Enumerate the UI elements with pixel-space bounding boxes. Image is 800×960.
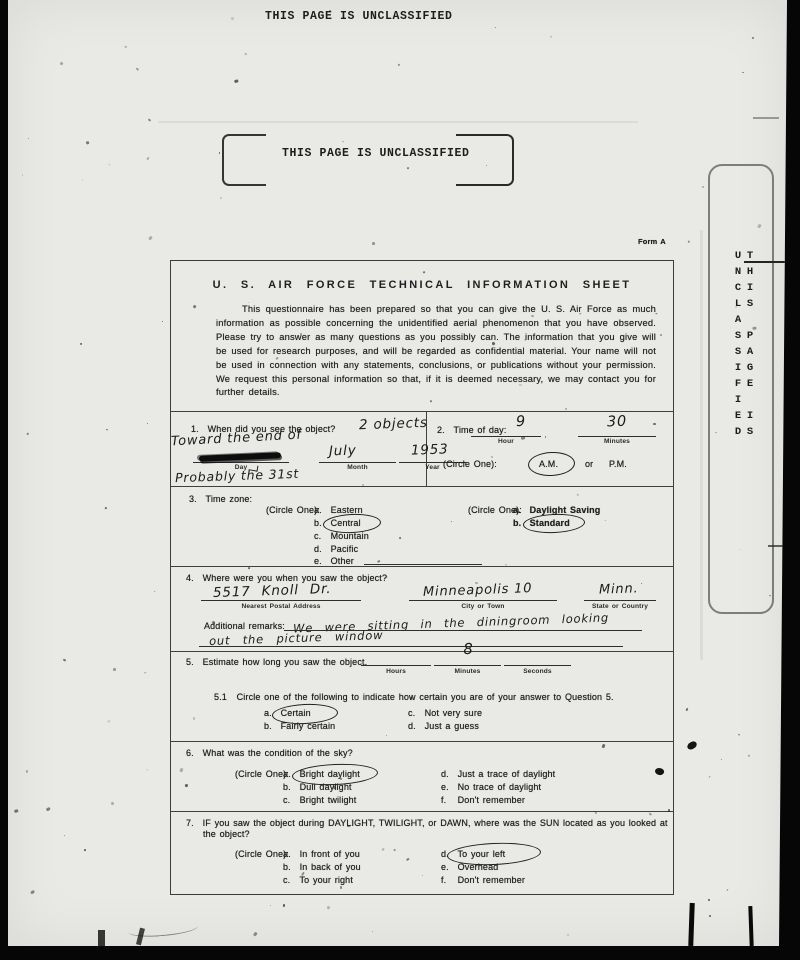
q7-circle-one: (Circle One): [235,849,289,859]
q5-1-option-fairly-certain: b. Fairly certain [264,721,335,731]
scan-speck [567,933,569,935]
q3-number: 3. [189,494,202,504]
scan-speck [734,306,736,308]
q7-label-line2: the object? [203,829,250,839]
q4-address-label: Nearest Postal Address [201,603,361,610]
scan-speck [80,342,82,344]
q2-pm-option: P.M. [609,459,627,469]
scan-speck [519,384,522,386]
q2-hour-label: Hour [471,438,541,445]
scan-speck [737,734,739,736]
scan-dash [744,261,788,263]
q6-option-dull-daylight: b. Dull daylight [283,782,352,792]
scan-speck [709,776,711,778]
q5-minutes-underline [434,665,501,666]
top-unclassified-stamp: THIS PAGE IS UNCLASSIFIED [265,10,453,23]
q2-or-text: or [585,459,593,469]
q4-state-value: Minn. [599,581,639,597]
scan-speck [148,235,152,240]
scan-speck [220,197,223,200]
q4-state-label: State or Country [584,603,656,610]
stamp-bracket-right-icon [456,134,514,186]
scan-speck [339,886,341,889]
scan-speck [147,118,150,121]
q4-city-underline [409,600,557,601]
scan-speck [709,915,712,918]
q4-address-value: 5517 Knoll Dr. [213,581,332,601]
q1-day-underline [193,462,289,463]
scan-speck [372,931,374,932]
question-1-2-section: 1. When did you see the object? 2 object… [171,411,673,487]
technical-information-sheet: U. S. AIR FORCE TECHNICAL INFORMATION SH… [170,260,674,895]
scan-speck [371,241,374,245]
q2-minutes-underline [578,436,656,437]
q6-option-no-trace: e. No trace of daylight [441,782,541,792]
q2-label: 2. Time of day: [437,425,506,435]
side-unclassified-stamp: THIS PAGE IS UNCLASSIFIED [732,250,756,610]
q6-option-dont-remember: f. Don't remember [441,795,525,805]
scan-speck [702,186,705,189]
q7-option-overhead: e. Overhead [441,862,498,872]
scan-speck [282,904,284,907]
form-a-label: Form A [638,237,666,246]
form-title: U. S. AIR FORCE TECHNICAL INFORMATION SH… [171,279,673,291]
q6-number: 6. [186,748,199,758]
q1-year-value: 1953 [411,441,449,458]
q5-seconds-label: Seconds [504,668,571,675]
q3-standard-circle-mark [523,513,586,535]
scan-speck [230,16,233,19]
scan-speck [106,428,108,430]
scan-speck [727,889,729,891]
q5-seconds-underline [504,665,571,666]
scan-speck [125,46,127,48]
scan-speck [398,63,401,66]
q5-1-label: 5.1 Circle one of the following to indic… [214,692,614,702]
scan-dash [753,117,779,119]
scan-speck [708,899,711,901]
q2-am-circle-mark [527,451,575,477]
scan-edge-mark [688,903,694,946]
q7-label-line1: 7. IF you saw the object during DAYLIGHT… [186,818,668,828]
form-intro-paragraph: This questionnaire has been prepared so … [216,303,656,400]
middle-unclassified-stamp-text: THIS PAGE IS UNCLASSIFIED [282,147,470,160]
scan-speck [105,507,107,509]
scan-speck [347,824,350,826]
scan-speck [162,321,163,322]
scan-speck [22,174,24,176]
scan-speck [113,668,116,671]
q1-answer-objects: 2 objects [359,415,428,433]
scan-speck [748,754,751,757]
scan-speck [270,905,271,906]
q4-state-underline [584,600,656,601]
scan-speck [30,890,35,895]
scan-speck [26,769,29,772]
q2-minutes-label: Minutes [578,438,656,445]
scan-speck [300,333,302,335]
scan-speck [234,79,239,83]
q3-option-pacific: d. Pacific [314,544,358,554]
question-3-section: 3. Time zone: (Circle One): a. Eastern b… [171,486,673,567]
q7-number: 7. [186,818,199,828]
scan-speck [27,433,29,435]
scan-speck [742,72,744,73]
q1-day-scribble [199,452,281,462]
scan-speck [577,493,579,495]
scan-speck [81,179,83,181]
q4-city-value: Minneapolis 10 [423,581,533,600]
scan-fold-line [700,230,703,660]
q6-label: 6. What was the condition of the sky? [186,748,353,758]
q3-label: 3. Time zone: [189,494,252,504]
scan-edge-mark [748,906,753,946]
scan-speck [486,164,488,166]
scan-speck [328,9,331,12]
q5-number: 5. [186,657,199,667]
scan-streak [158,121,638,123]
scan-speck [46,807,50,811]
scan-speck [475,581,478,583]
scan-dash [768,545,786,547]
middle-unclassified-stamp: THIS PAGE IS UNCLASSIFIED [222,134,514,186]
q1-answer-note: Probably the 31st [175,466,300,485]
q5-1-option-not-very-sure: c. Not very sure [408,708,482,718]
q5-minutes-value: 8 [441,639,497,659]
scan-speck [146,156,149,159]
question-7-section: 7. IF you saw the object during DAYLIGHT… [171,811,673,895]
scan-edge-mark [98,930,105,946]
scanned-page: THIS PAGE IS UNCLASSIFIED THIS PAGE IS U… [8,0,788,946]
q4-address-underline [201,600,361,601]
q4-remarks-label: Additional remarks: [204,621,285,631]
q5-minutes-label: Minutes [434,668,501,675]
scan-speck [184,784,187,787]
scan-speck [153,591,155,593]
q3-option-mountain: c. Mountain [314,531,369,541]
scan-speck [221,394,223,396]
q7-option-in-back: b. In back of you [283,862,361,872]
q5-hours-underline [361,665,431,666]
q5-1-option-just-a-guess: d. Just a guess [408,721,479,731]
scan-speck [332,785,336,789]
q3-circle-one-left: (Circle One): [266,505,320,515]
q2-hour-underline [471,436,541,437]
q4-city-label: City or Town [409,603,557,610]
q1-month-label: Month [319,464,396,471]
scan-speck [107,720,110,723]
scan-speck [245,52,247,54]
question-5-section: 5. Estimate how long you saw the object.… [171,651,673,742]
q2-minutes-value: 30 [596,413,639,430]
scan-speck [326,905,330,909]
scan-speck [656,313,658,314]
scan-speck [686,708,689,711]
scan-speck [108,163,110,165]
q7-option-to-right: c. To your right [283,875,353,885]
scan-speck [253,932,257,936]
q6-circle-one: (Circle One): [235,769,289,779]
scan-speck [85,140,89,144]
scan-speck [688,241,690,244]
question-6-section: 6. What was the condition of the sky? (C… [171,741,673,812]
scan-speck [135,67,138,70]
q2-circle-one: (Circle One): [443,459,497,469]
scan-speck [84,848,86,850]
scan-speck [146,423,148,425]
q5-label: 5. Estimate how long you saw the object. [186,657,367,667]
q4-remarks-underline2 [199,646,623,647]
form-header-section: U. S. AIR FORCE TECHNICAL INFORMATION SH… [171,261,673,411]
scan-speck [145,672,147,673]
scan-speck [495,26,496,27]
q3-other-underline [364,564,482,565]
q2-hour-value: 9 [501,413,542,430]
q5-hours-label: Hours [361,668,431,675]
scan-speck [721,758,722,759]
q2-number: 2. [437,425,450,435]
q6-option-bright-twilight: c. Bright twilight [283,795,356,805]
scan-speck [64,835,65,836]
q6-option-trace-daylight: d. Just a trace of daylight [441,769,555,779]
scan-speck [146,770,148,771]
scan-speck [218,151,220,153]
q4-number: 4. [186,573,199,583]
scan-speck [752,37,754,39]
scan-speck [59,62,63,66]
scan-speck [111,802,114,805]
stamp-bracket-left-icon [222,134,266,186]
scan-speck [14,809,18,813]
q1-month-value: July [329,443,357,460]
scan-speck [63,658,66,661]
q7-option-in-front: a. In front of you [283,849,360,859]
q5-1-number: 5.1 [214,692,227,702]
q7-option-dont-remember: f. Don't remember [441,875,525,885]
question-4-section: 4. Where were you when you saw the objec… [171,566,673,652]
scan-speck [28,138,29,139]
scan-speck [550,36,552,39]
q1-month-underline [319,462,396,463]
ink-blob [686,740,698,751]
q3-option-other: e. Other [314,556,354,566]
